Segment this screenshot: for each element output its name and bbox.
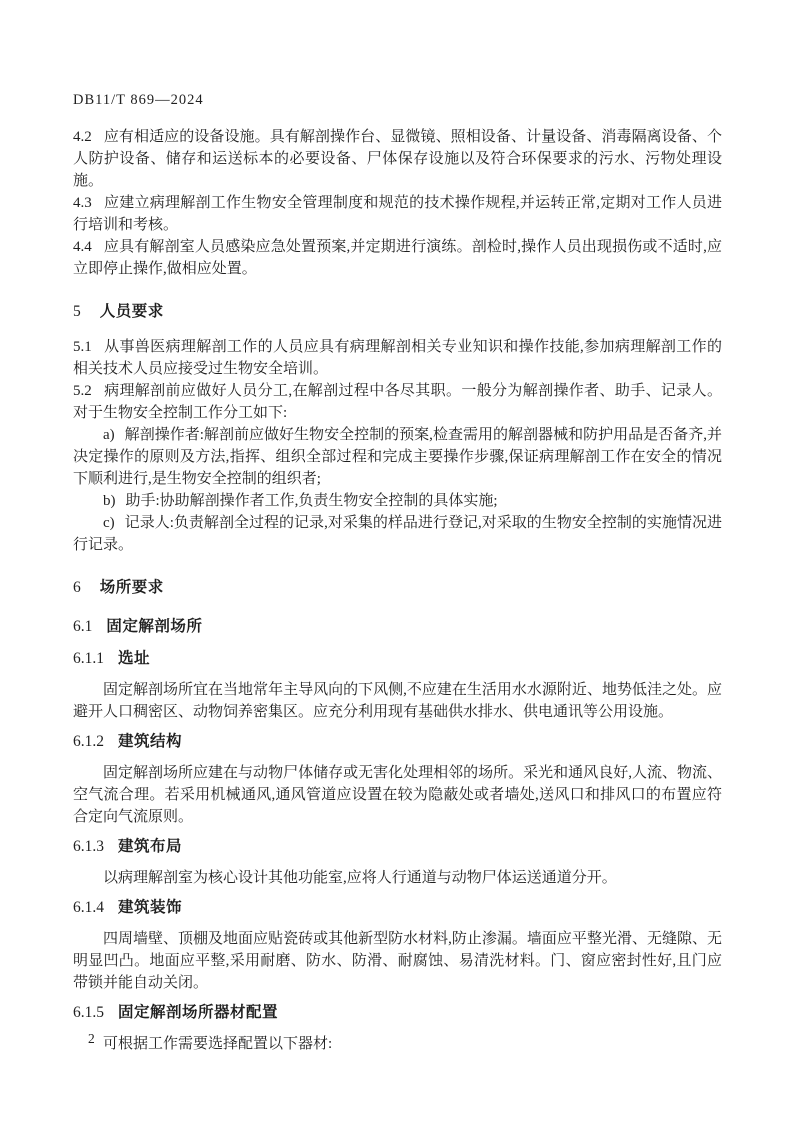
clause-number: 4.2 xyxy=(73,129,92,145)
section-heading-6-1-3: 6.1.3建筑布局 xyxy=(73,836,722,858)
heading-number: 6.1 xyxy=(73,618,92,635)
heading-title: 固定解剖场所器材配置 xyxy=(118,1004,278,1021)
paragraph-6-1-1: 固定解剖场所宜在当地常年主导风向的下风侧,不应建在生活用水水源附近、地势低洼之处… xyxy=(73,679,722,723)
clause-5-2: 5.2病理解剖前应做好人员分工,在解剖过程中各尽其职。一般分为解剖操作者、助手、… xyxy=(73,380,722,424)
section-heading-6-1-2: 6.1.2建筑结构 xyxy=(73,731,722,753)
heading-number: 6.1.2 xyxy=(73,733,104,750)
heading-number: 6.1.1 xyxy=(73,650,104,667)
heading-title: 建筑结构 xyxy=(118,733,182,750)
section-heading-6-1: 6.1固定解剖场所 xyxy=(73,616,722,638)
standard-number-header: DB11/T 869—2024 xyxy=(73,92,722,109)
heading-number: 6.1.3 xyxy=(73,838,104,855)
heading-title: 建筑装饰 xyxy=(118,899,182,916)
paragraph-6-1-3: 以病理解剖室为核心设计其他功能室,应将人行通道与动物尸体运送通道分开。 xyxy=(73,867,722,889)
heading-title: 人员要求 xyxy=(100,303,164,320)
clause-4-4: 4.4应具有解剖室人员感染应急处置预案,并定期进行演练。剖检时,操作人员出现损伤… xyxy=(73,236,722,280)
heading-number: 6.1.4 xyxy=(73,899,104,916)
heading-number: 6.1.5 xyxy=(73,1004,104,1021)
section-heading-6-1-4: 6.1.4建筑装饰 xyxy=(73,897,722,919)
heading-title: 固定解剖场所 xyxy=(106,618,202,635)
list-label: b) xyxy=(103,493,116,509)
document-page: DB11/T 869—2024 4.2应有相适应的设备设施。具有解剖操作台、显微… xyxy=(0,0,793,1123)
document-body: DB11/T 869—2024 4.2应有相适应的设备设施。具有解剖操作台、显微… xyxy=(73,92,722,1055)
clause-4-3: 4.3应建立病理解剖工作生物安全管理制度和规范的技术操作规程,并运转正常,定期对… xyxy=(73,192,722,236)
section-heading-5: 5人员要求 xyxy=(73,301,722,323)
page-number: 2 xyxy=(88,1031,95,1047)
clause-number: 4.3 xyxy=(73,195,92,211)
clause-5-1: 5.1从事兽医病理解剖工作的人员应具有病理解剖相关专业知识和操作技能,参加病理解… xyxy=(73,336,722,380)
heading-title: 场所要求 xyxy=(100,579,164,596)
clause-text: 应建立病理解剖工作生物安全管理制度和规范的技术操作规程,并运转正常,定期对工作人… xyxy=(73,195,722,233)
list-item-b: b)助手:协助解剖操作者工作,负责生物安全控制的具体实施; xyxy=(73,490,722,512)
list-text: 解剖操作者:解剖前应做好生物安全控制的预案,检查需用的解剖器械和防护用品是否备齐… xyxy=(73,427,722,487)
section-heading-6-1-5: 6.1.5固定解剖场所器材配置 xyxy=(73,1002,722,1024)
heading-number: 5 xyxy=(73,303,81,320)
heading-number: 6 xyxy=(73,579,81,596)
list-label: a) xyxy=(103,427,115,443)
section-heading-6-1-1: 6.1.1选址 xyxy=(73,648,722,670)
clause-text: 应有相适应的设备设施。具有解剖操作台、显微镜、照相设备、计量设备、消毒隔离设备、… xyxy=(73,129,722,189)
paragraph-6-1-4: 四周墙壁、顶棚及地面应贴瓷砖或其他新型防水材料,防止渗漏。墙面应平整光滑、无缝隙… xyxy=(73,928,722,994)
paragraph-6-1-5: 可根据工作需要选择配置以下器材: xyxy=(73,1033,722,1055)
clause-4-2: 4.2应有相适应的设备设施。具有解剖操作台、显微镜、照相设备、计量设备、消毒隔离… xyxy=(73,126,722,192)
list-text: 记录人:负责解剖全过程的记录,对采集的样品进行登记,对采取的生物安全控制的实施情… xyxy=(73,515,722,553)
list-item-c: c)记录人:负责解剖全过程的记录,对采集的样品进行登记,对采取的生物安全控制的实… xyxy=(73,512,722,556)
clause-text: 应具有解剖室人员感染应急处置预案,并定期进行演练。剖检时,操作人员出现损伤或不适… xyxy=(73,239,722,277)
list-text: 助手:协助解剖操作者工作,负责生物安全控制的具体实施; xyxy=(126,493,498,509)
list-item-a: a)解剖操作者:解剖前应做好生物安全控制的预案,检查需用的解剖器械和防护用品是否… xyxy=(73,424,722,490)
clause-number: 4.4 xyxy=(73,239,92,255)
paragraph-6-1-2: 固定解剖场所应建在与动物尸体储存或无害化处理相邻的场所。采光和通风良好,人流、物… xyxy=(73,762,722,828)
section-heading-6: 6场所要求 xyxy=(73,577,722,599)
clause-text: 病理解剖前应做好人员分工,在解剖过程中各尽其职。一般分为解剖操作者、助手、记录人… xyxy=(73,383,722,421)
list-label: c) xyxy=(103,515,115,531)
heading-title: 建筑布局 xyxy=(118,838,182,855)
clause-number: 5.1 xyxy=(73,339,92,355)
clause-number: 5.2 xyxy=(73,383,92,399)
heading-title: 选址 xyxy=(118,650,150,667)
clause-text: 从事兽医病理解剖工作的人员应具有病理解剖相关专业知识和操作技能,参加病理解剖工作… xyxy=(73,339,722,377)
